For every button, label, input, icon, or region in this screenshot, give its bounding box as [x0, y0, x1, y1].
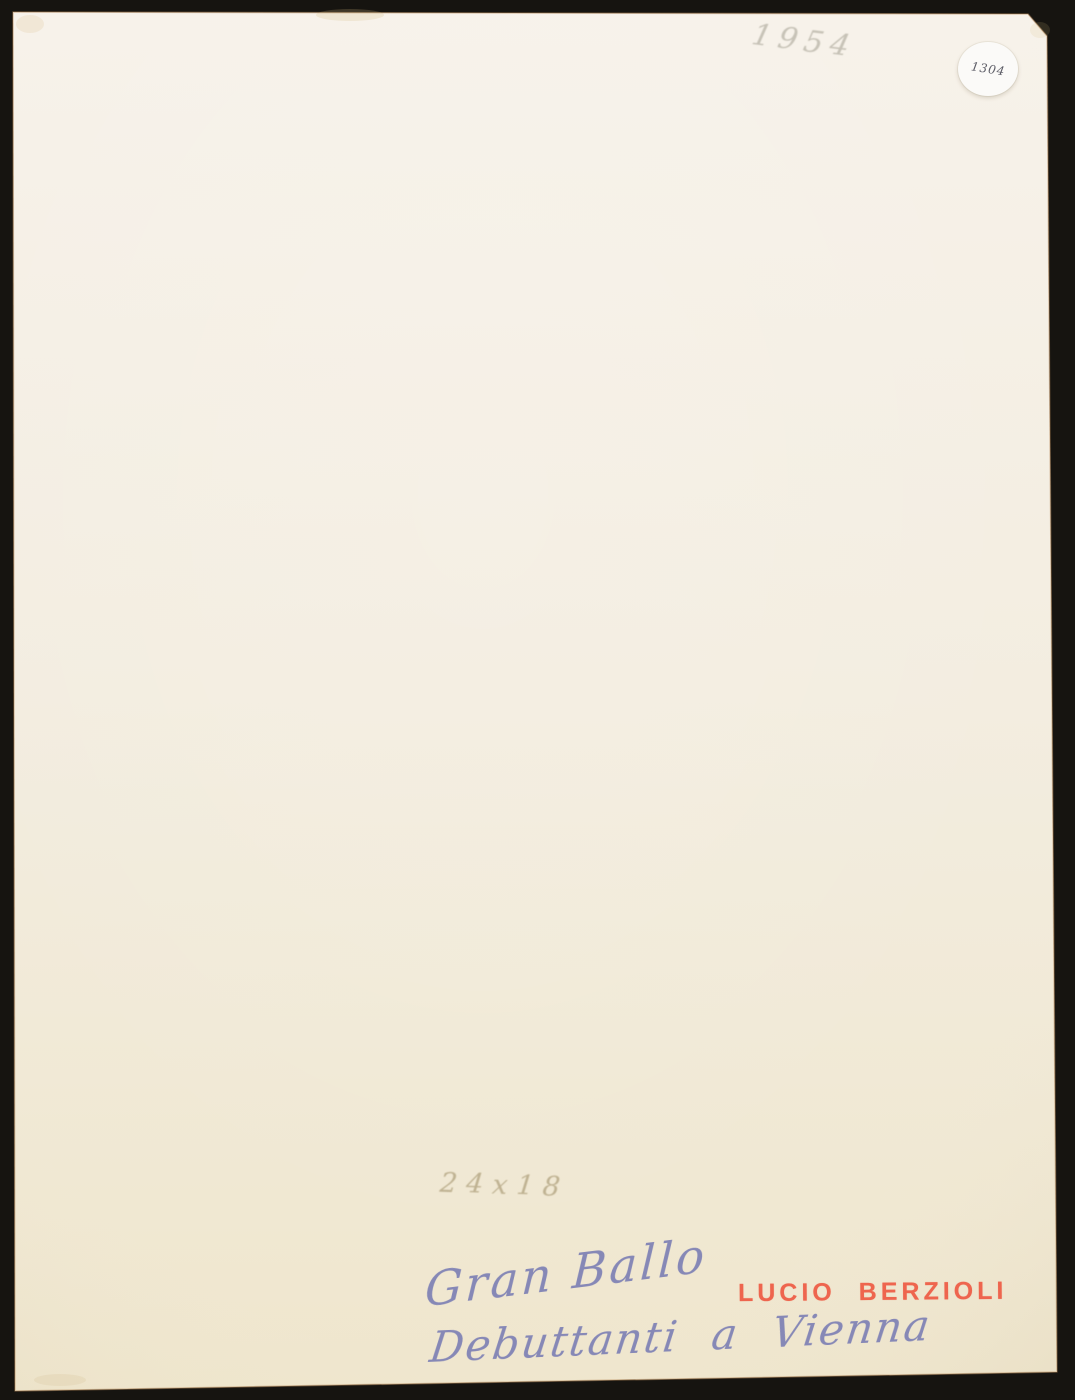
- photographer-stamp: LUCIO BERZIOLI: [738, 1277, 1008, 1308]
- archive-sticker-number: 1304: [970, 59, 1006, 78]
- pencil-size-note: 24x18: [438, 1168, 570, 1203]
- archive-sticker: 1304: [958, 42, 1018, 96]
- stain-top-edge: [316, 9, 384, 21]
- photo-back-scene: 1954 1304 24x18 Gran Ballo Debuttanti a …: [0, 0, 1075, 1400]
- stain-bottom-left: [34, 1374, 86, 1386]
- stain-top-right-corner: [1030, 22, 1050, 38]
- stain-top-left-corner: [16, 15, 44, 33]
